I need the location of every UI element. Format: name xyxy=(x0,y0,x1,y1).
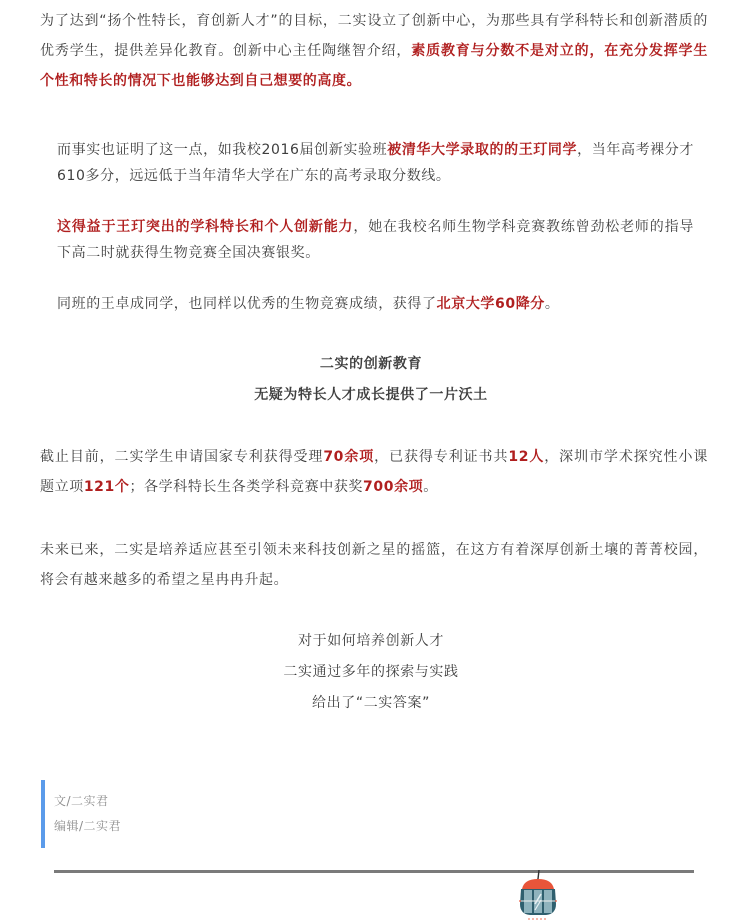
future-text: 未来已来，二实是培养适应甚至引领未来科技创新之星的摇篮，在这方有着深厚创新土壤的… xyxy=(40,542,708,588)
certificates-count: 12人 xyxy=(508,449,544,465)
closing-line-2: 二实通过多年的探索与实践 xyxy=(0,657,742,688)
achievements-text-2: ，已获得专利证书共 xyxy=(374,449,508,465)
tsinghua-highlight: 被清华大学录取的的王玎同学 xyxy=(387,142,577,158)
peking-highlight: 北京大学60降分 xyxy=(437,296,545,312)
closing-block: 对于如何培养创新人才 二实通过多年的探索与实践 给出了“二实答案” xyxy=(0,626,742,719)
peking-text-b: 。 xyxy=(545,296,560,312)
closing-line-3: 给出了“二实答案” xyxy=(0,688,742,719)
achievements-text-4: ；各学科特长生各类学科竞赛中获奖 xyxy=(129,479,363,495)
tsinghua-text-a: 而事实也证明了这一点，如我校2016届创新实验班 xyxy=(57,142,387,158)
peking-paragraph: 同班的王卓成同学，也同样以优秀的生物竞赛成绩，获得了北京大学60降分。 xyxy=(57,291,694,317)
future-paragraph: 未来已来，二实是培养适应甚至引领未来科技创新之星的摇篮，在这方有着深厚创新土壤的… xyxy=(40,535,708,595)
peking-text-a: 同班的王卓成同学，也同样以优秀的生物竞赛成绩，获得了 xyxy=(57,296,437,312)
intro-paragraph: 为了达到“扬个性特长，育创新人才”的目标，二实设立了创新中心，为那些具有学科特长… xyxy=(40,6,708,96)
credits-block: 文/二实君 编辑/二实君 xyxy=(41,780,121,848)
author-credit: 文/二实君 xyxy=(54,789,121,814)
achievements-text-5: 。 xyxy=(423,479,438,495)
editor-credit: 编辑/二实君 xyxy=(54,814,121,839)
projects-count: 121个 xyxy=(84,479,130,495)
tsinghua-paragraph: 而事实也证明了这一点，如我校2016届创新实验班被清华大学录取的的王玎同学，当年… xyxy=(57,137,694,189)
achievements-paragraph: 截止目前，二实学生申请国家专利获得受理70余项，已获得专利证书共12人，深圳市学… xyxy=(40,442,708,502)
heading-line-1: 二实的创新教育 xyxy=(0,349,742,380)
cable-car-gondola-icon xyxy=(516,870,560,922)
talent-highlight: 这得益于王玎突出的学科特长和个人创新能力 xyxy=(57,219,353,235)
awards-count: 700余项 xyxy=(363,479,423,495)
achievements-text-1: 截止目前，二实学生申请国家专利获得受理 xyxy=(40,449,323,465)
heading-line-2: 无疑为特长人才成长提供了一片沃土 xyxy=(0,380,742,411)
section-heading: 二实的创新教育 无疑为特长人才成长提供了一片沃土 xyxy=(0,349,742,411)
closing-line-1: 对于如何培养创新人才 xyxy=(0,626,742,657)
divider-line xyxy=(54,870,694,873)
talent-paragraph: 这得益于王玎突出的学科特长和个人创新能力，她在我校名师生物学科竞赛教练曾劲松老师… xyxy=(57,214,694,266)
patents-count: 70余项 xyxy=(323,449,374,465)
